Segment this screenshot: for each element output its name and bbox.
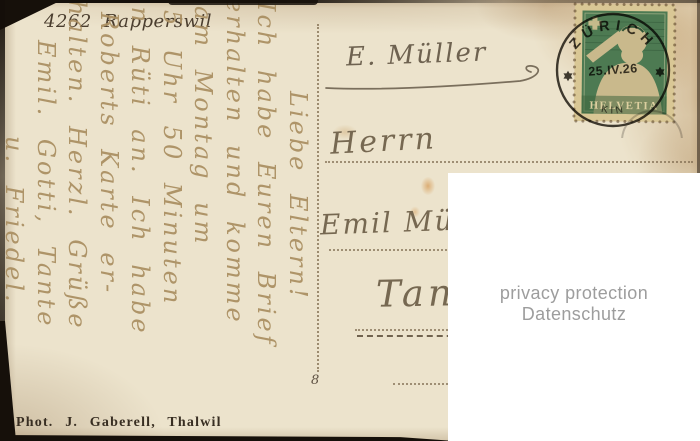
handwritten-place: Tan — [376, 271, 456, 315]
postmark-date: 25.IV.26 — [588, 61, 638, 78]
privacy-overlay: privacy protection Datenschutz — [448, 173, 700, 441]
message-line: Emil. Gotti, Tante — [30, 0, 62, 441]
privacy-text-en: privacy protection — [448, 283, 700, 304]
privacy-text-de: Datenschutz — [448, 304, 700, 325]
postmark-star-left — [564, 71, 573, 81]
address-divider-line — [317, 24, 319, 372]
message-line: am Montag um — [187, 0, 219, 441]
postmark-bottom-letters: KIN — [600, 104, 627, 117]
postmark-star-right — [656, 67, 665, 77]
message-line: 5 Uhr 50 Minuten — [156, 0, 188, 441]
address-dotted-line — [325, 161, 693, 163]
underline-flourish — [322, 56, 556, 96]
message-line: Liebe Eltern! — [282, 0, 314, 441]
handwritten-addressee: Emil Mül — [319, 203, 466, 241]
message-line: Ich habe Euren Brief — [250, 0, 282, 441]
message-line: halten. Herzl. Grüße — [61, 0, 93, 441]
message-line: erhalten und komme — [219, 0, 251, 441]
handwritten-salutation: Herrn — [329, 121, 438, 162]
postmark-city: ZÜRICH — [567, 17, 660, 52]
message-line: in Rüti an. Ich habe — [124, 0, 156, 441]
postmark: ZÜRICH 25.IV.26 KIN — [548, 4, 684, 138]
svg-text:KIN: KIN — [600, 104, 627, 117]
postcard-scan: 4262Rapperswil Liebe Eltern! Ich habe Eu… — [0, 0, 700, 441]
postmark-second-ring — [622, 111, 682, 138]
message-line: Roberts Karte er- — [93, 0, 125, 441]
scan-edge-top — [0, 0, 700, 3]
svg-text:ZÜRICH: ZÜRICH — [567, 17, 660, 52]
scan-edge-top-notch — [168, 0, 318, 5]
handwritten-message: Liebe Eltern! Ich habe Euren Brief erhal… — [0, 0, 313, 441]
